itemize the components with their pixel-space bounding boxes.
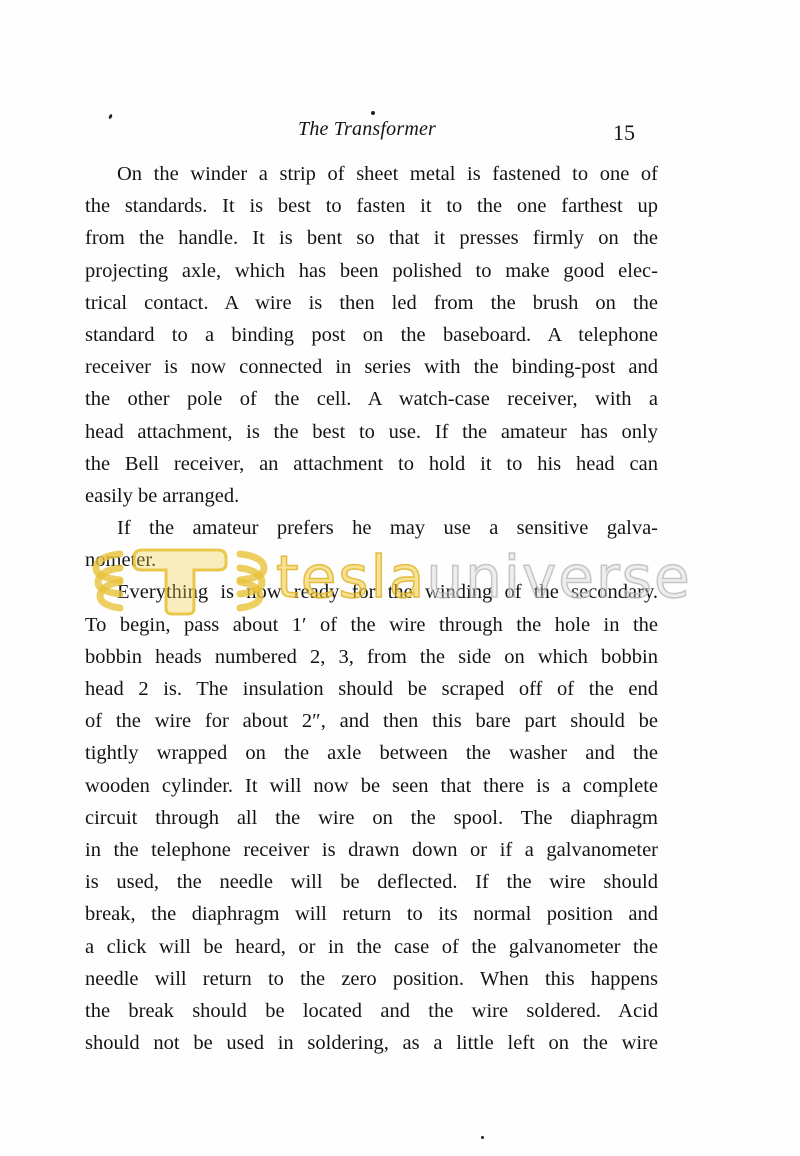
text-line: If the amateur prefers he may use a sens… [85,512,658,544]
text-line: the Bell receiver, an attachment to hold… [85,448,658,480]
scan-speck [481,1136,484,1139]
text-line: from the handle. It is bent so that it p… [85,222,658,254]
body-text: On the winder a strip of sheet metal is … [85,158,658,1059]
running-head: The Transformer 15 [0,116,800,146]
text-line: head 2 is. The insulation should be scra… [85,673,658,705]
text-line: nometer. [85,544,658,576]
text-line: projecting axle, which has been polished… [85,255,658,287]
text-line: On the winder a strip of sheet metal is … [85,158,658,190]
text-line: To begin, pass about 1′ of the wire thro… [85,609,658,641]
text-line: wooden cylinder. It will now be seen tha… [85,770,658,802]
running-title: The Transformer [298,118,436,141]
text-line: needle will return to the zero position.… [85,963,658,995]
text-line: easily be arranged. [85,480,658,512]
text-line: should not be used in soldering, as a li… [85,1027,658,1059]
text-line: Everything is now ready for the winding … [85,576,658,608]
text-line: receiver is now connected in series with… [85,351,658,383]
text-line: in the telephone receiver is drawn down … [85,834,658,866]
scan-speck [371,111,375,115]
text-line: of the wire for about 2″, and then this … [85,705,658,737]
text-line: standard to a binding post on the basebo… [85,319,658,351]
text-line: the other pole of the cell. A watch-case… [85,383,658,415]
text-line: the standards. It is best to fasten it t… [85,190,658,222]
book-page: The Transformer 15 On the winder a strip… [0,0,800,1156]
text-line: the break should be located and the wire… [85,995,658,1027]
text-line: head attachment, is the best to use. If … [85,416,658,448]
text-line: is used, the needle will be deflected. I… [85,866,658,898]
text-line: tightly wrapped on the axle between the … [85,737,658,769]
text-line: trical contact. A wire is then led from … [85,287,658,319]
text-line: break, the diaphragm will return to its … [85,898,658,930]
text-line: bobbin heads numbered 2, 3, from the sid… [85,641,658,673]
text-line: a click will be heard, or in the case of… [85,931,658,963]
page-number: 15 [613,120,635,146]
text-line: circuit through all the wire on the spoo… [85,802,658,834]
